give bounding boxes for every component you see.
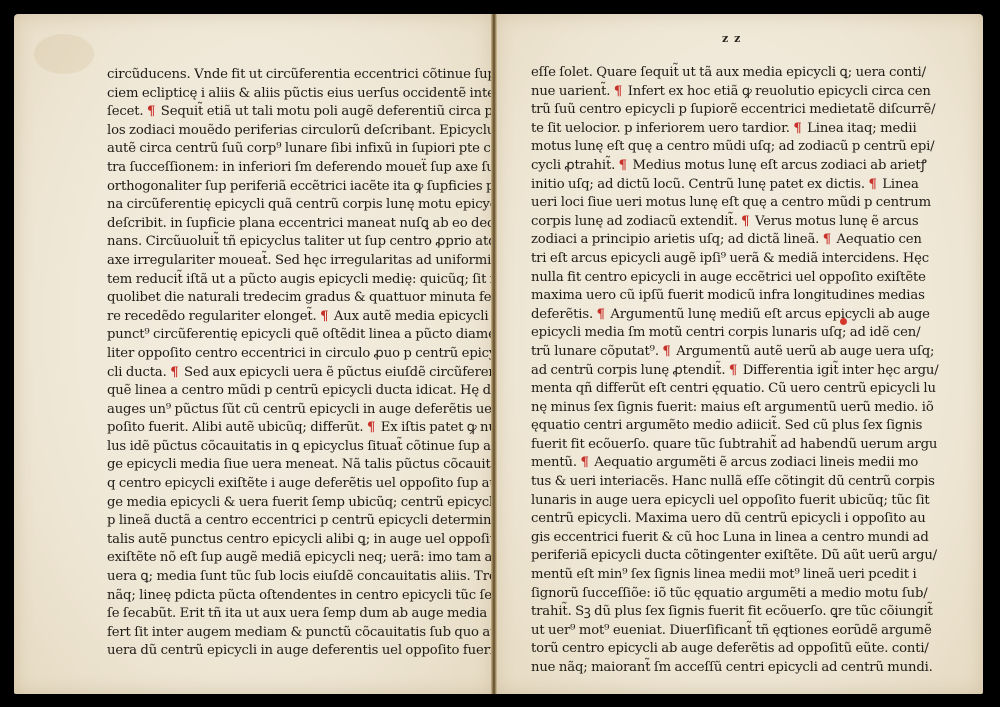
text-line: circũducens. Vnde fit ut circũferentia e…: [107, 66, 467, 85]
text-line: quẽ linea a centro mũdi p centrũ epicycl…: [107, 382, 467, 401]
text-line: eſſe ſolet. Quare ſequit̃ ut tã aux medi…: [531, 64, 893, 83]
text-line: nue uarient̃. ¶ Infert ex hoc etiã ꝙ reu…: [531, 83, 893, 102]
text-line: exiſtẽte nõ eſt ſup augẽ mediã epicycli …: [107, 549, 467, 568]
pilcrow-rubric-icon: ¶: [320, 309, 328, 324]
text-line: lus idẽ pũctus cõcauitatis in ꝗ epicyclu…: [107, 438, 467, 457]
text-line: fert ſit inter augem mediam & punctũ cõc…: [107, 624, 467, 643]
text-line: fuerit fit ecõuerſo. quare tũc ſubtrahit…: [531, 436, 893, 455]
text-line: punct⁹ circũferentię epicycli quẽ oſtẽdi…: [107, 326, 467, 345]
pilcrow-rubric-icon: ¶: [170, 365, 178, 380]
text-line: trũ lunare cõputat⁹. ¶ Argumentũ autẽ ue…: [531, 343, 893, 362]
text-line: q centro epicycli exiſtẽte i auge deferẽ…: [107, 475, 467, 494]
text-line: cycli ꝓtrahit̃. ¶ Medius motus lunę eſt …: [531, 157, 893, 176]
text-line: quolibet die naturali tredecim gradus & …: [107, 289, 467, 308]
text-line: uera ꝗ; media ſunt tũc ſub locis eiuſdẽ …: [107, 568, 467, 587]
right-page-text: eſſe ſolet. Quare ſequit̃ ut tã aux medi…: [531, 64, 893, 678]
pilcrow-rubric-icon: ¶: [741, 214, 749, 229]
text-line: ſe ſecabũt. Erit tñ ita ut aux uera ſemp…: [107, 605, 467, 624]
text-line: ad centrũ corpis lunę ꝓtendit̃. ¶ Differ…: [531, 362, 893, 381]
text-line: trũ ſuũ centro epicycli p ſupiorẽ eccent…: [531, 101, 893, 120]
text-line: nulla fit centro epicycli in auge eccẽtr…: [531, 269, 893, 288]
text-line: ęquatio centri argumẽto medio adiicit̃. …: [531, 417, 893, 436]
text-line: ut uer⁹ mot⁹ eueniat. Diuerſificant̃ tñ …: [531, 622, 893, 641]
folio-signature: z z: [722, 32, 741, 45]
pilcrow-rubric-icon: ¶: [580, 455, 588, 470]
text-line: menta qñ differũt eſt centri ęquatio. Cũ…: [531, 380, 893, 399]
text-line: re recedẽdo regulariter elonget̃. ¶ Aux …: [107, 308, 467, 327]
book-gutter: [491, 14, 497, 694]
text-line: gis eccentrici fuerit & cũ hoc Luna in l…: [531, 529, 893, 548]
text-line: tri eſt arcus epicycli augẽ ipſi⁹ uerã &…: [531, 250, 893, 269]
text-line: p lineã ductã a centro eccentrici p cent…: [107, 512, 467, 531]
text-line: cli ducta. ¶ Sed aux epicycli uera ẽ pũc…: [107, 364, 467, 383]
text-line: tem reducit̃ iſtã ut a pũcto augis epicy…: [107, 271, 467, 290]
left-page: circũducens. Vnde fit ut circũferentia e…: [14, 14, 493, 694]
text-line: ſignorũ ſucceſſiõe: iõ tũc ęquatio argum…: [531, 585, 893, 604]
text-line: mentũ eſt min⁹ ſex ſignis linea medii mo…: [531, 566, 893, 585]
text-line: deſcribit. in ſupficie plana eccentrici …: [107, 215, 467, 234]
text-line: na circũferentię epicycli quã centrũ cor…: [107, 196, 467, 215]
text-line: tus & ueri interiacẽs. Hanc nullã eſſe c…: [531, 473, 893, 492]
text-line: ge epicycli media ſiue uera meneat. Nã t…: [107, 456, 467, 475]
pilcrow-rubric-icon: ¶: [614, 84, 622, 99]
pilcrow-rubric-icon: ¶: [729, 363, 737, 378]
text-line: autẽ circa centrũ ſuũ corp⁹ lunare ſibi …: [107, 140, 467, 159]
text-line: epicycli media ſm motũ centri corpis lun…: [531, 324, 893, 343]
text-line: nans. Circũuoluit̃ tñ epicyclus taliter …: [107, 233, 467, 252]
pilcrow-rubric-icon: ¶: [823, 232, 831, 247]
text-line: nãq; lineę pdicta pũcta oſtendentes in c…: [107, 587, 467, 606]
text-line: torũ centro epicycli ab auge deferẽtis a…: [531, 640, 893, 659]
pilcrow-rubric-icon: ¶: [619, 158, 627, 173]
text-line: ciem eclipticę i aliis & aliis pũctis ei…: [107, 85, 467, 104]
text-line: auges un⁹ pũctus ſũt cũ centrũ epicycli …: [107, 401, 467, 420]
text-line: corpis lunę ad zodiacũ extendit̃. ¶ Veru…: [531, 213, 893, 232]
pilcrow-rubric-icon: ¶: [869, 177, 877, 192]
text-line: trahit̃. Sꝫ dũ plus ſex ſignis fuerit fi…: [531, 603, 893, 622]
text-line: nue nãq; maiorant̃ ſm acceſſũ centri epi…: [531, 659, 893, 678]
text-line: maxima uero cũ ipſũ fuerit modicũ infra …: [531, 287, 893, 306]
text-line: ueri loci ſiue ueri motus lunę eſt quę a…: [531, 194, 893, 213]
text-line: talis autẽ punctus centro epicycli alibi…: [107, 531, 467, 550]
text-line: te ſit uelocior. p inferiorem uero tardi…: [531, 120, 893, 139]
text-line: ſecet. ¶ Sequit̃ etiã ut tali motu poli …: [107, 103, 467, 122]
pilcrow-rubric-icon: ¶: [597, 307, 605, 322]
text-line: orthogonaliter ſup periferiã eccẽtrici i…: [107, 178, 467, 197]
text-line: axe irregulariter moueat̃. Sed hęc irreg…: [107, 252, 467, 271]
text-line: mentũ. ¶ Aequatio argumẽti ẽ arcus zodia…: [531, 454, 893, 473]
pilcrow-rubric-icon: ¶: [367, 420, 375, 435]
text-line: uera dũ centrũ epicycli in auge deferent…: [107, 642, 467, 661]
left-page-text: circũducens. Vnde fit ut circũferentia e…: [107, 66, 467, 661]
text-line: motus lunę eſt quę a centro mũdi uſq; ad…: [531, 138, 893, 157]
text-line: liter oppoſito centro eccentrici in circ…: [107, 345, 467, 364]
text-line: zodiaci a principio arietis uſq; ad dict…: [531, 231, 893, 250]
paper-stain: [34, 34, 94, 74]
pilcrow-rubric-icon: ¶: [662, 344, 670, 359]
pilcrow-rubric-icon: ¶: [793, 121, 801, 136]
text-line: poſito fuerit. Alibi autẽ ubicũq; differ…: [107, 419, 467, 438]
text-line: los zodiaci mouẽdo periferias circulorũ …: [107, 122, 467, 141]
right-page: z z eſſe ſolet. Quare ſequit̃ ut tã aux …: [495, 14, 983, 694]
text-line: deferẽtis. ¶ Argumentũ lunę mediũ eſt ar…: [531, 306, 893, 325]
text-line: ge media epicycli & uera fuerit ſemp ubi…: [107, 494, 467, 513]
text-line: nę minus ſex ſignis fuerit: maius eſt ar…: [531, 399, 893, 418]
text-line: periferiã epicycli ducta cõtingenter exi…: [531, 547, 893, 566]
text-line: centrũ epicycli. Maxima uero dũ centrũ e…: [531, 510, 893, 529]
pilcrow-rubric-icon: ¶: [147, 104, 155, 119]
text-line: lunaris in auge uera epicycli uel oppoſi…: [531, 492, 893, 511]
text-line: tra ſucceſſionem: in inferiori ſm defere…: [107, 159, 467, 178]
text-line: initio uſq; ad dictũ locũ. Centrũ lunę p…: [531, 176, 893, 195]
